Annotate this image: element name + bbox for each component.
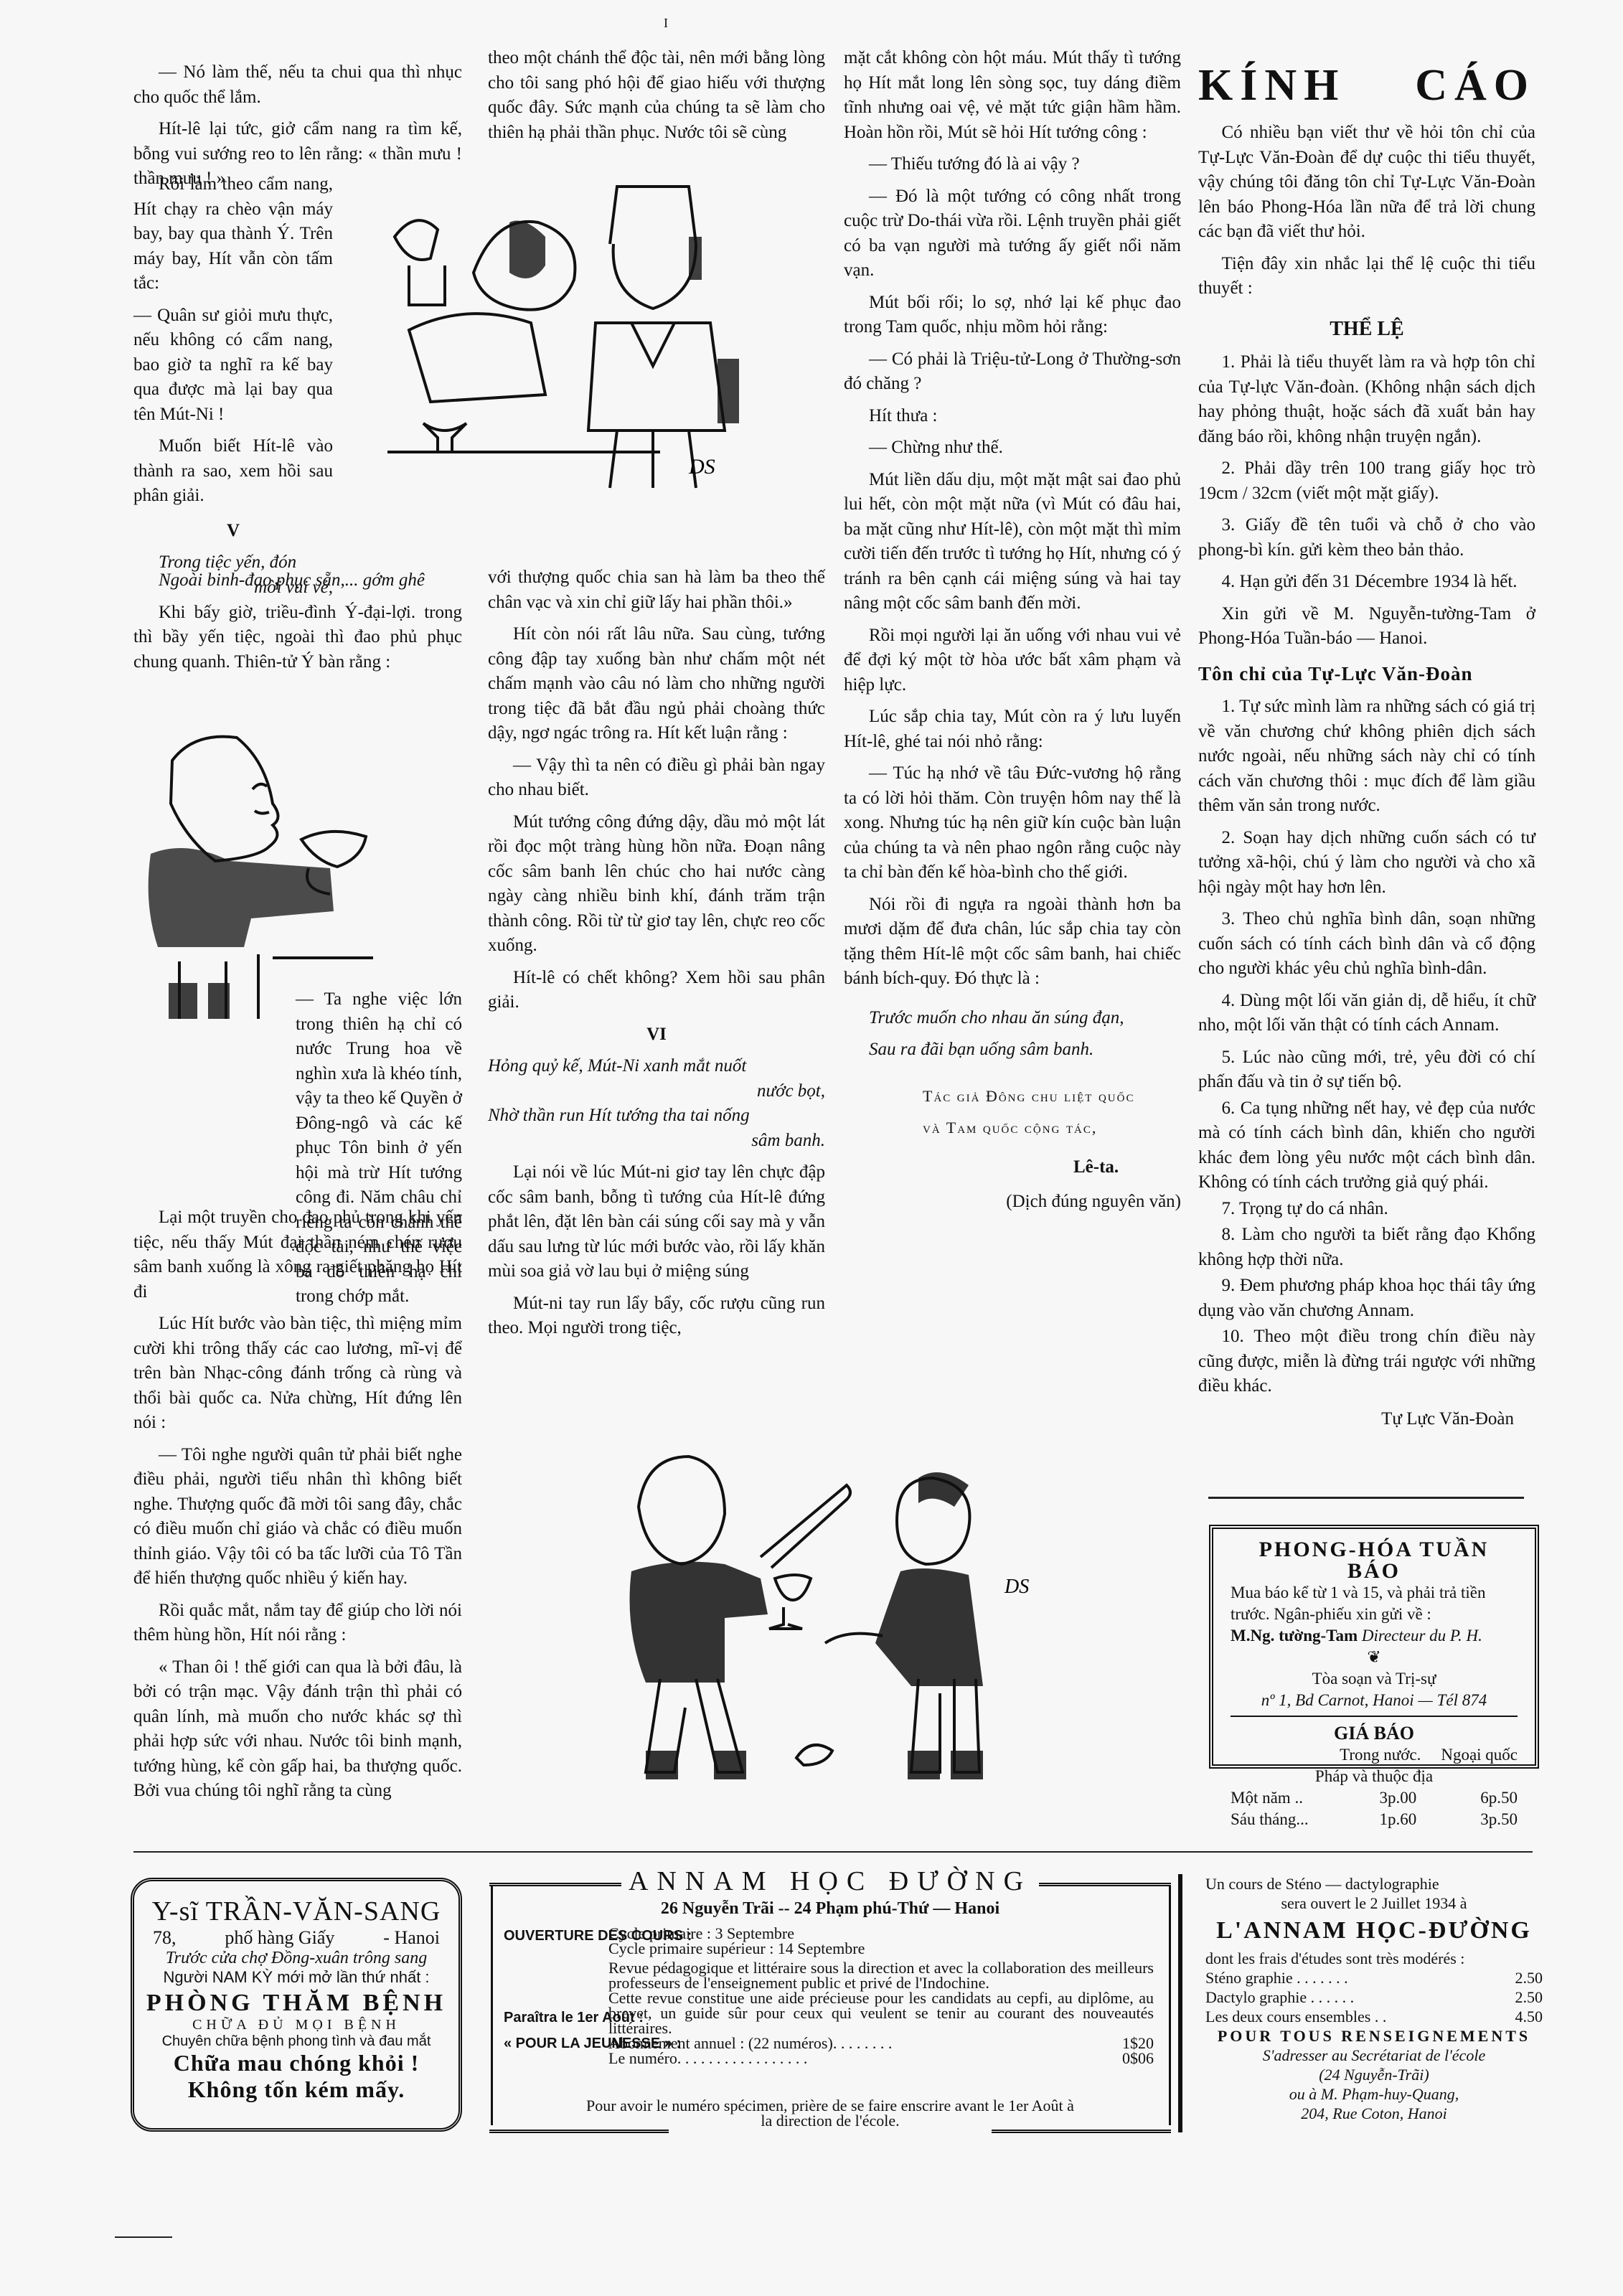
office-label: Tòa soạn và Trị-sự [1231, 1668, 1518, 1690]
paragraph: Lại nói về lúc Mút-ni giơ tay lên chực đ… [488, 1160, 825, 1284]
notice-kinh-cao: KÍNH CÁO Có nhiều bạn viết thư về hỏi tô… [1198, 63, 1535, 1429]
principle-item: 8. Làm cho người ta biết rằng đạo Khổng … [1198, 1223, 1535, 1272]
ad-doctor-services: CHỮA ĐỦ MỌI BỆNH [134, 2017, 458, 2033]
paragraph: Hít-lê có chết không? Xem hồi sau phân g… [488, 966, 825, 1015]
cartoon-two-officers: DS [380, 158, 818, 495]
steno-contact: 204, Rue Coton, Hanoi [1205, 2104, 1543, 2123]
paragraph: — Quân sư giỏi mưu thực, nếu không có cẩ… [133, 304, 333, 428]
rule-item: 1. Phải là tiểu thuyết làm ra và hợp tôn… [1198, 350, 1535, 449]
principle-item: 7. Trọng tự do cá nhân. [1198, 1197, 1535, 1222]
rule-item: 3. Giấy đề tên tuổi và chỗ ở cho vào pho… [1198, 513, 1535, 563]
price-row: Một năm .. 3p.00 6p.50 [1231, 1787, 1518, 1809]
article-column-2: với thượng quốc chia san hà làm ba theo … [488, 565, 825, 1348]
paragraph: — Có phải là Triệu-tử-Long ở Thường-sơn … [844, 347, 1181, 397]
col-foreign: Ngoại quốc [1441, 1744, 1518, 1766]
notice-title-right: CÁO [1415, 63, 1535, 108]
paragraph: Mút bối rối; lo sợ, nhớ lại kế phục đao … [844, 291, 1181, 340]
article-column-1-lower-text: Lại một truyền cho đao phủ trong khi yến… [133, 1205, 462, 1811]
ad-doctor-slogan: Chữa mau chóng khỏi ! [134, 2050, 458, 2076]
ad-doctor-specialty: Chuyên chữa bệnh phong tình và đau mắt [134, 2033, 458, 2050]
paragraph: — Vậy thì ta nên có điều gì phải bàn nga… [488, 753, 825, 803]
credit-line: và Tam quốc cộng tác, [844, 1116, 1181, 1141]
divider [1208, 1497, 1524, 1499]
paragraph: Rồi làm theo cẩm nang, Hít chạy ra chèo … [133, 172, 333, 296]
steno-date: sera ouvert le 2 Juillet 1934 à [1205, 1893, 1543, 1913]
paragraph: với thượng quốc chia san hà làm ba theo … [488, 565, 825, 615]
ad-doctor-slogan: Không tốn kém mấy. [134, 2076, 458, 2103]
credit-line: Tác giả Đông chu liệt quốc [844, 1084, 1181, 1109]
steno-school-name: L'ANNAM HỌC-ĐƯỜNG [1205, 1916, 1543, 1946]
divider [489, 2130, 669, 2133]
paragraph: Lúc Hít bước vào bàn tiệc, thì miệng mỉm… [133, 1312, 462, 1436]
steno-contact: (24 Nguyễn-Trãi) [1205, 2065, 1543, 2084]
journal-description: Revue pédagogique et littéraire sous la … [608, 1960, 1154, 2066]
principle-item: 1. Tự sức mình làm ra những sách có giá … [1198, 695, 1535, 819]
verse-line: Ngoài binh-đao phục sẵn,... gớm ghê [133, 568, 462, 593]
payment-recipient: M.Ng. tường-Tam Directeur du P. H. [1231, 1625, 1518, 1647]
article-column-3: mặt cắt không còn hột máu. Mút thấy tì t… [844, 46, 1181, 1222]
paragraph: Xin gửi về M. Nguyễn-tường-Tam ở Phong-H… [1198, 602, 1535, 651]
translation-note: (Dịch đúng nguyên văn) [844, 1190, 1181, 1215]
price-header: Trong nước. Ngoại quốc [1231, 1744, 1518, 1766]
divider [133, 1851, 1533, 1853]
paragraph: Khi bấy giờ, triều-đình Ý-đại-lợi. trong… [133, 601, 462, 675]
verse-line: Trước muốn cho nhau ăn súng đạn, [844, 1006, 1181, 1031]
notice-title-left: KÍNH [1198, 63, 1345, 108]
paragraph: — Túc hạ nhớ về tâu Đức-vương hộ rằng ta… [844, 761, 1181, 885]
price-title: GIÁ BÁO [1231, 1723, 1518, 1744]
article-column-2-top: theo một chánh thể độc tài, nên mới bằng… [488, 46, 825, 152]
paragraph: Hít còn nói rất lâu nữa. Sau cùng, tướng… [488, 622, 825, 746]
steno-contact: S'adresser au Secrétariat de l'école [1205, 2046, 1543, 2065]
paragraph: — Nó làm thế, nếu ta chui qua thì nhục c… [133, 60, 462, 110]
paragraph: Muốn biết Hít-lê vào thành ra sao, xem h… [133, 434, 333, 509]
cycle-dates: Cycle primaire : 3 Septembre Cycle prima… [608, 1926, 1154, 1956]
author-name: Lê-ta. [844, 1155, 1181, 1180]
ad-school: ANNAM HỌC ĐƯỜNG 26 Nguyễn Trãi -- 24 Phạ… [489, 1867, 1171, 2140]
verse-line: sâm banh. [488, 1129, 825, 1154]
principle-item: 3. Theo chủ nghĩa bình dân, soạn những c… [1198, 907, 1535, 982]
ad-school-title: ANNAM HỌC ĐƯỜNG [489, 1867, 1171, 1896]
paper-title: PHONG-HÓA TUẦN BÁO [1231, 1539, 1518, 1582]
verse-line: Sau ra đãi bạn uống sâm banh. [844, 1038, 1181, 1063]
ad-doctor-name: Y-sĩ TRẦN-VĂN-SANG [134, 1896, 458, 1927]
notice-signoff: Tự Lực Văn-Đoàn [1198, 1409, 1535, 1429]
principle-item: 10. Theo một điều trong chín điều này cũ… [1198, 1325, 1535, 1399]
ornament-icon: ❦ [1231, 1647, 1518, 1668]
ad-doctor-intro: Người NAM KỲ mới mở lần thứ nhất : [134, 1968, 458, 1987]
paragraph: Lúc sắp chia tay, Mút còn ra ý lưu luyến… [844, 705, 1181, 754]
steno-intro: Un cours de Sténo — dactylographie [1205, 1874, 1543, 1893]
paragraph: Có nhiều bạn viết thư về hỏi tôn chỉ của… [1198, 121, 1535, 245]
rules-heading: THỂ LỆ [1198, 317, 1535, 342]
price-row: Sáu tháng... 1p.60 3p.50 [1231, 1809, 1518, 1830]
principles-heading: Tôn chỉ của Tự-Lực Văn-Đoàn [1198, 662, 1535, 687]
verse-line: Hỏng quỷ kế, Mút-Ni xanh mắt nuốt [488, 1054, 825, 1079]
paragraph: — Tôi nghe người quân tử phải biết nghe … [133, 1443, 462, 1591]
paragraph: « Than ôi ! thế giới can qua là bởi đâu,… [133, 1655, 462, 1804]
paragraph: — Đó là một tướng có công nhất trong cuộ… [844, 184, 1181, 283]
paragraph: Mút-ni tay run lẩy bẩy, cốc rượu cũng ru… [488, 1291, 825, 1341]
article-column-1-cont: Ngoài binh-đao phục sẵn,... gớm ghê Khi … [133, 568, 462, 682]
page-number-mark: I [664, 16, 668, 31]
verse-line: Nhờ thần run Hít tướng tha tai nống [488, 1104, 825, 1129]
paragraph: Rồi mọi người lại ăn uống với nhau vui v… [844, 624, 1181, 698]
divider [992, 2130, 1171, 2133]
illustration-icon [129, 717, 373, 1019]
fee-row: Dactylo graphie . . . . . .2.50 [1205, 1987, 1543, 2007]
paragraph: Mút tướng công đứng dậy, dầu mỏ một lát … [488, 810, 825, 959]
principle-item: 9. Đem phương pháp khoa học thái tây ứng… [1198, 1274, 1535, 1323]
illustration-icon: DS [380, 158, 818, 495]
ad-doctor-address: 78,phố hàng Giấy- Hanoi [134, 1927, 458, 1949]
paragraph: Tiện đây xin nhắc lại thể lệ cuộc thi ti… [1198, 252, 1535, 301]
col-domestic: Trong nước. [1340, 1744, 1421, 1766]
chapter-heading: V [133, 519, 333, 544]
artist-signature: DS [1004, 1576, 1029, 1598]
verse-line: nước bọt, [488, 1079, 825, 1104]
paragraph: Lại một truyền cho đao phủ trong khi yến… [133, 1205, 462, 1304]
paragraph: Mút liền dấu dịu, một mặt mật sai đao ph… [844, 468, 1181, 616]
subscription-info: Mua báo kể từ 1 và 15, và phải trả tiền … [1231, 1582, 1518, 1625]
rule-item: 4. Hạn gửi đến 31 Décembre 1934 là hết. [1198, 570, 1535, 595]
ad-doctor-clinic: PHÒNG THĂM BỆNH [134, 1990, 458, 2017]
article-column-1-narrow: Rồi làm theo cẩm nang, Hít chạy ra chèo … [133, 172, 333, 607]
divider [1178, 1874, 1182, 2132]
notice-title: KÍNH CÁO [1198, 63, 1535, 108]
artist-signature: DS [688, 455, 715, 479]
subscription-box: PHONG-HÓA TUẦN BÁO Mua báo kể từ 1 và 15… [1209, 1525, 1539, 1769]
ad-doctor: Y-sĩ TRẦN-VĂN-SANG 78,phố hàng Giấy- Han… [131, 1878, 462, 2132]
divider [1231, 1716, 1518, 1717]
office-address: nº 1, Bd Carnot, Hanoi — Tél 874 [1231, 1690, 1518, 1711]
chapter-heading: VI [488, 1022, 825, 1048]
steno-contact: ou à M. Phạm-huy-Quang, [1205, 2084, 1543, 2104]
paragraph: — Chừng như thế. [844, 436, 1181, 461]
principle-item: 5. Lúc nào cũng mới, trẻ, yêu đời có chí… [1198, 1045, 1535, 1095]
paragraph: — Thiếu tướng đó là ai vậy ? [844, 152, 1181, 177]
divider [115, 2236, 172, 2238]
steno-info-title: POUR TOUS RENSEIGNEMENTS [1205, 2026, 1543, 2046]
paragraph: theo một chánh thể độc tài, nên mới bằng… [488, 46, 825, 145]
illustration-icon: DS [617, 1435, 1062, 1815]
ad-doctor-landmark: Trước cửa chợ Đồng-xuân trông sang [134, 1949, 458, 1968]
rule-item: 2. Phải dầy trên 100 trang giấy học trò … [1198, 456, 1535, 506]
cartoon-bald-man-with-cup [129, 717, 373, 1019]
principle-item: 4. Dùng một lối văn giản dị, dễ hiểu, ít… [1198, 989, 1535, 1038]
ad-steno-course: Un cours de Sténo — dactylographie sera … [1205, 1874, 1543, 2123]
ad-school-footer: Pour avoir le numéro spécimen, prière de… [502, 2098, 1158, 2128]
fee-row: Les deux cours ensembles . .4.50 [1205, 2007, 1543, 2026]
fee-row: Sténo graphie . . . . . . .2.50 [1205, 1968, 1543, 1987]
cartoon-toast-between-leaders: DS [617, 1435, 1062, 1815]
steno-fees-intro: dont les frais d'études sont très modéré… [1205, 1949, 1543, 1968]
paragraph: Hít thưa : [844, 404, 1181, 429]
paragraph: Rồi quắc mắt, nắm tay để giúp cho lời nó… [133, 1599, 462, 1648]
ad-school-address: 26 Nguyễn Trãi -- 24 Phạm phú-Thứ — Hano… [489, 1901, 1171, 1916]
principle-item: 6. Ca tụng những nết hay, vẻ đẹp của nướ… [1198, 1096, 1535, 1195]
paragraph: mặt cắt không còn hột máu. Mút thấy tì t… [844, 46, 1181, 145]
principle-item: 2. Soạn hay dịch những cuốn sách có tư t… [1198, 826, 1535, 900]
newspaper-page: I — Nó làm thế, nếu ta chui qua thì nhục… [0, 0, 1623, 2296]
paragraph: Nói rồi đi ngựa ra ngoài thành hơn ba mư… [844, 893, 1181, 992]
col-domestic-sub: Pháp và thuộc địa [1231, 1766, 1518, 1787]
